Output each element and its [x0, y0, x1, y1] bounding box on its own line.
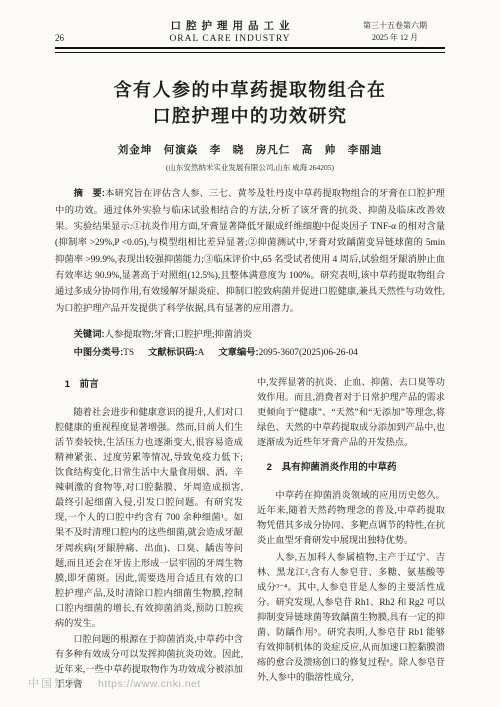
- abstract-label: 摘 要:: [74, 188, 105, 198]
- cnki-watermark-cn: 中国知网: [28, 675, 80, 691]
- journal-title-cn: 口腔护理用品工业: [120, 18, 345, 33]
- doc-code-label: 文献标识码:: [148, 347, 198, 357]
- section-heading-2: 2 具有抑菌消炎作用的中草药: [257, 460, 445, 476]
- body-paragraph: 随着社会进步和健康意识的提升,人们对口腔健康的重视程度显著增强。然而,目前人们生…: [55, 405, 243, 631]
- left-column: 1 前言 随着社会进步和健康意识的提升,人们对口腔健康的重视程度显著增强。然而,…: [55, 375, 243, 692]
- article-id-label: 文章编号:: [218, 347, 258, 357]
- keywords-label: 关键词:: [74, 329, 105, 339]
- section-heading-1: 1 前言: [55, 377, 243, 393]
- keywords-text: 人参提取物;牙膏;口腔护理;抑菌消炎: [105, 330, 252, 340]
- body-paragraph: 人参,五加科人参属植物,主产于辽宁、吉林、黑龙江²,含有人参皂苷、多糖、氨基酸等…: [257, 550, 445, 686]
- cnki-watermark-url: https://www.cnki.net: [98, 678, 201, 690]
- keywords-line: 关键词:人参提取物;牙膏;口腔护理;抑菌消炎: [55, 326, 445, 343]
- body-paragraph: 中草药在抑菌消炎领域的应用历史悠久。近年来,随着天然药物理念的普及,中草药提取物…: [257, 488, 445, 548]
- clc-label: 中图分类号:: [74, 347, 124, 357]
- journal-title-block: 口腔护理用品工业 ORAL CARE INDUSTRY: [115, 18, 345, 44]
- journal-title-en: ORAL CARE INDUSTRY: [115, 34, 345, 44]
- cnki-watermark: 中国知网 https://www.cnki.net: [28, 675, 201, 691]
- abstract-text: 本研究旨在评估含人参、三七、黄芩及牡丹皮中草药提取物组合的牙膏在口腔护理中的功效…: [55, 189, 445, 314]
- article-id-value: 2095-3607(2025)06-26-04: [259, 348, 358, 358]
- right-column: 中,发挥显著的抗炎、止血、抑菌、去口臭等功效作用。而且,消费者对于日常护理产品的…: [257, 375, 445, 692]
- clc-value: TS: [123, 348, 134, 358]
- body-paragraph-continuation: 中,发挥显著的抗炎、止血、抑菌、去口臭等功效作用。而且,消费者对于日常护理产品的…: [257, 375, 445, 450]
- page-number: 26: [55, 33, 115, 44]
- header-divider: [55, 47, 445, 53]
- doc-code-value: A: [198, 348, 205, 358]
- article-title-line1: 含有人参的中草药提取物组合在: [55, 77, 445, 103]
- author-list: 刘金坤 何演焱 李 晓 房凡仁 高 帅 李丽迪: [55, 142, 445, 157]
- issue-info-block: 第三十五卷第六期 2025 年 12 月: [345, 20, 445, 44]
- journal-header: 26 口腔护理用品工业 ORAL CARE INDUSTRY 第三十五卷第六期 …: [55, 18, 445, 44]
- classification-line: 中图分类号:TS文献标识码:A文章编号:2095-3607(2025)06-26…: [55, 344, 445, 361]
- volume-issue: 第三十五卷第六期: [345, 20, 445, 32]
- article-title: 含有人参的中草药提取物组合在 口腔护理中的功效研究: [55, 77, 445, 129]
- body-columns: 1 前言 随着社会进步和健康意识的提升,人们对口腔健康的重视程度显著增强。然而,…: [55, 375, 445, 692]
- scanned-paper-page: 26 口腔护理用品工业 ORAL CARE INDUSTRY 第三十五卷第六期 …: [0, 0, 500, 707]
- article-title-line2: 口腔护理中的功效研究: [55, 103, 445, 129]
- affiliation: (山东安然纳米实业发展有限公司,山东 威海 264205): [55, 162, 445, 173]
- abstract-paragraph: 摘 要:本研究旨在评估含人参、三七、黄芩及牡丹皮中草药提取物组合的牙膏在口腔护理…: [55, 185, 445, 317]
- issue-date: 2025 年 12 月: [345, 32, 445, 44]
